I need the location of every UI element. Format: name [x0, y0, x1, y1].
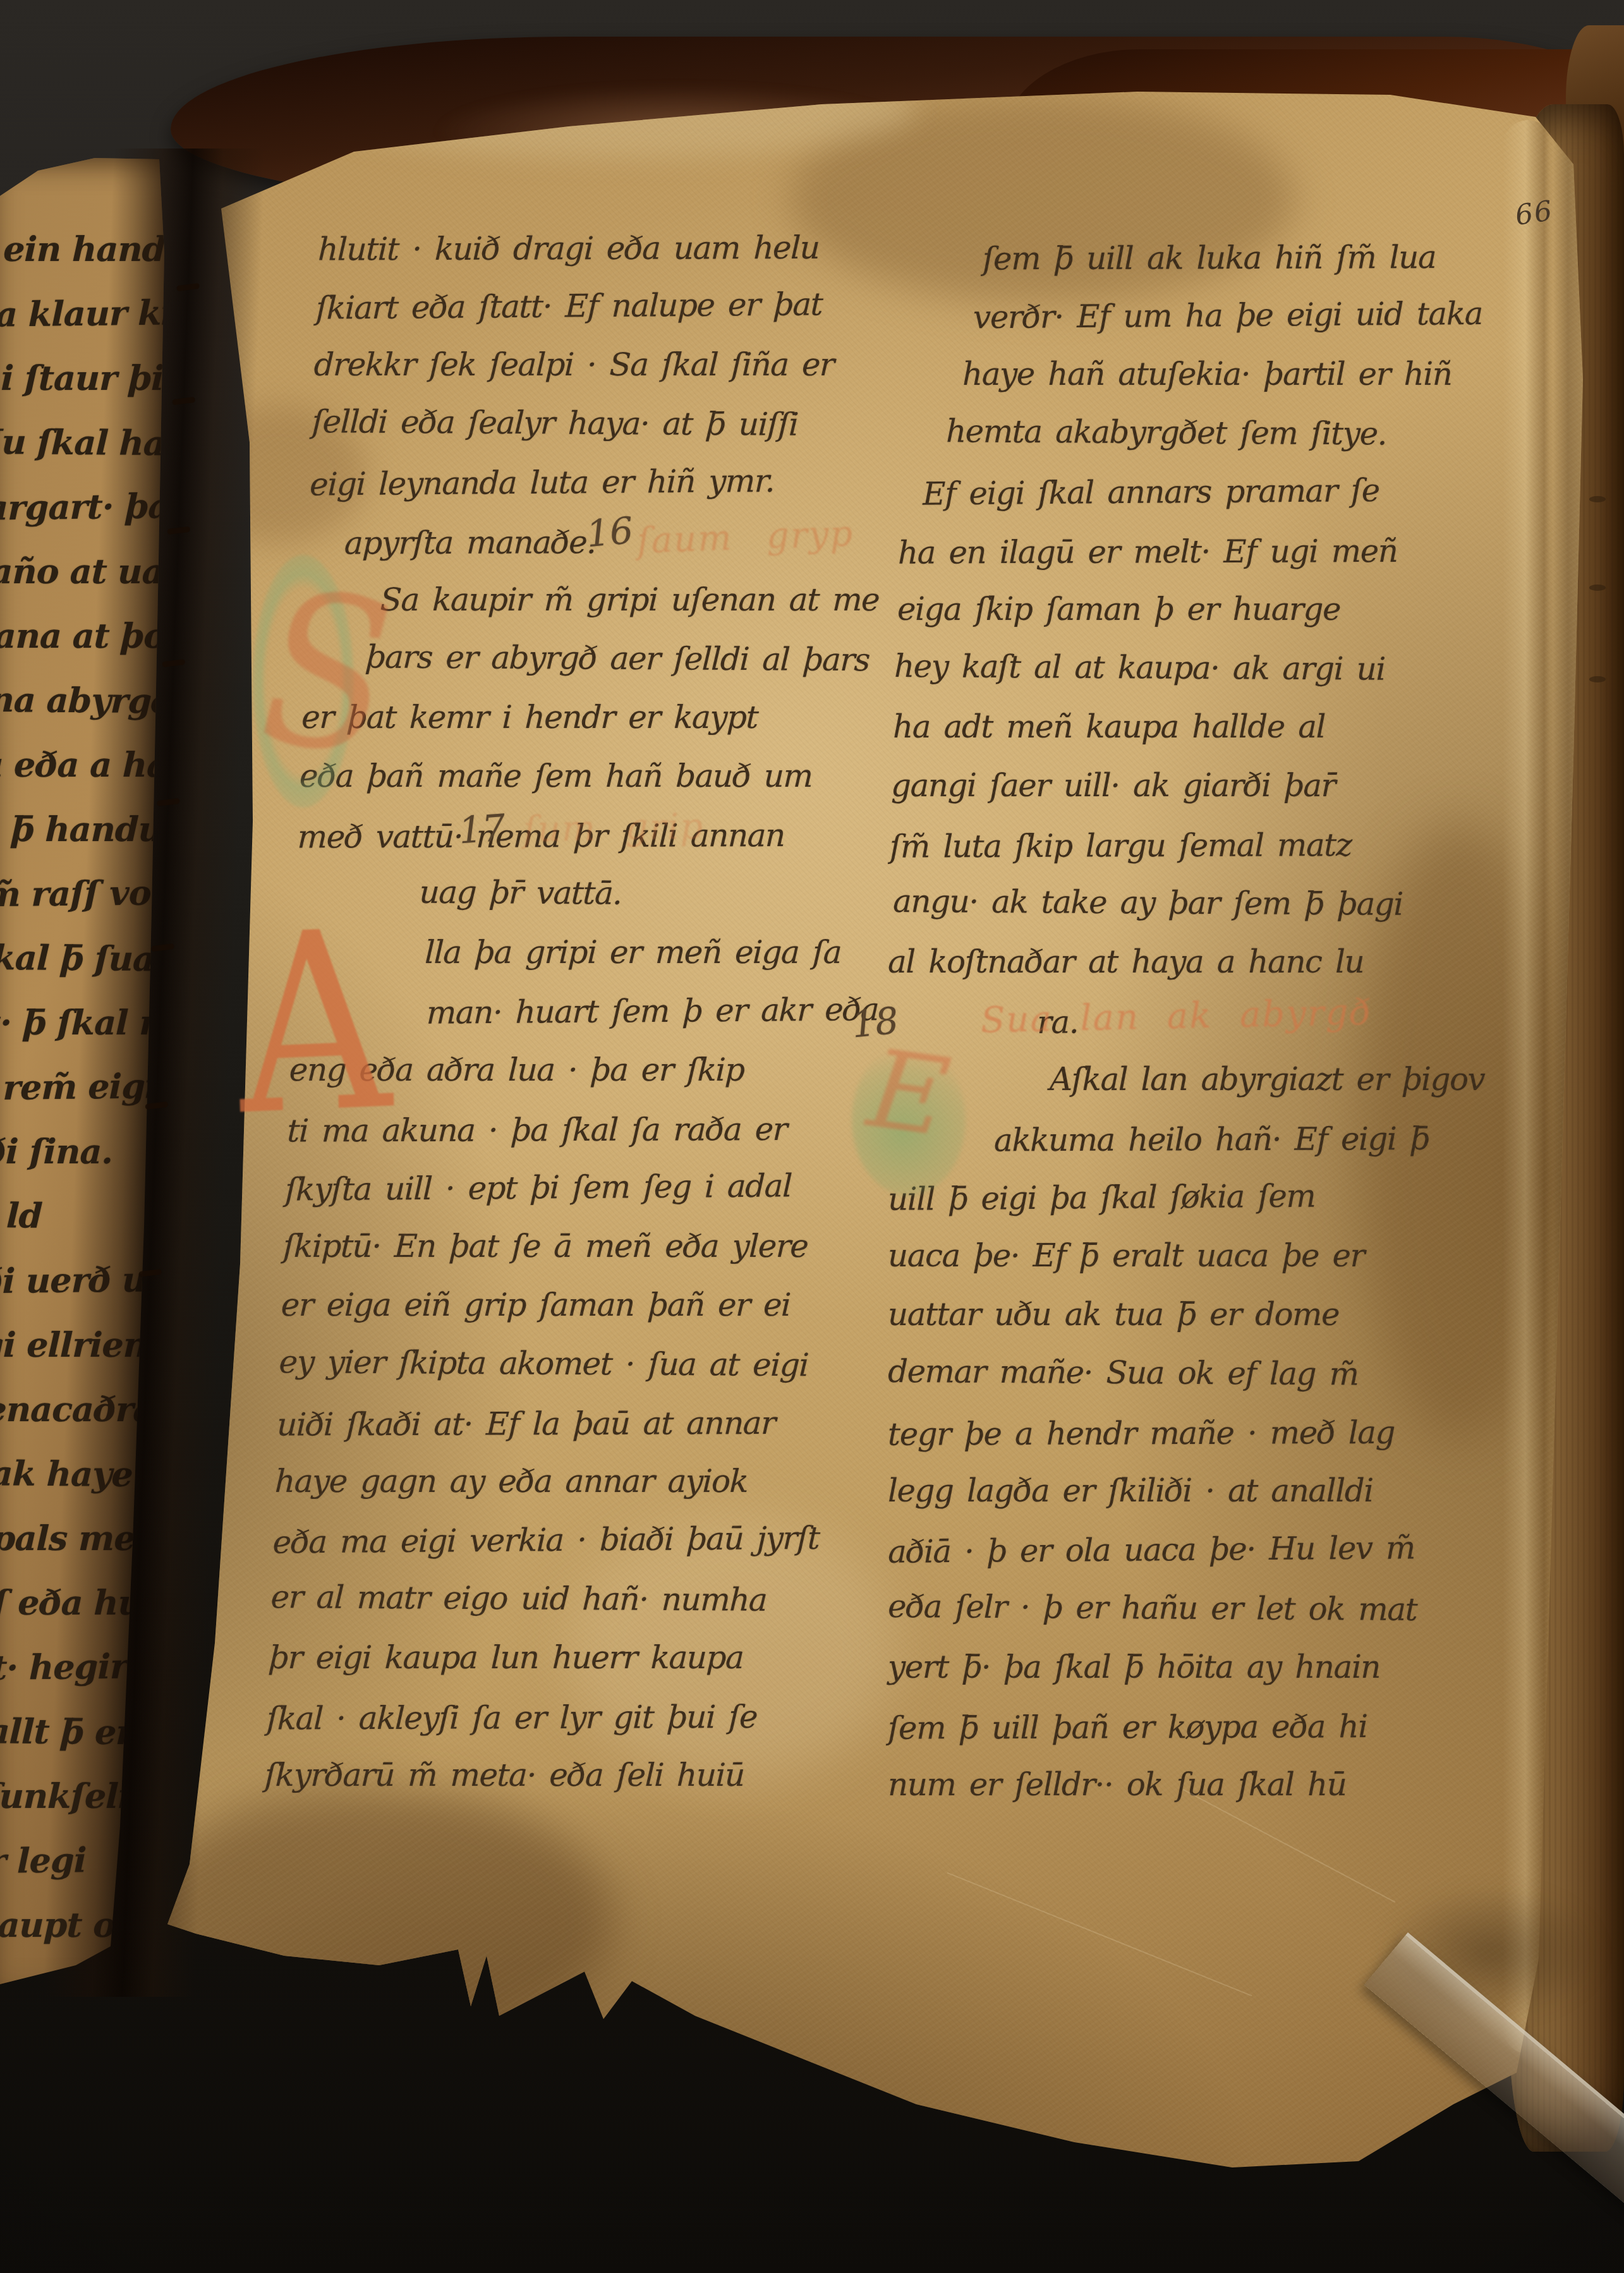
manuscript-line: er al matr eigo uid hañ· numha: [270, 1568, 860, 1630]
manuscript-line: eða ſelr · þ er hañu er let ok mat: [888, 1577, 1508, 1640]
manuscript-line: Ef eigi ſkal annars pramar ſe: [923, 460, 1508, 523]
chapter-number-17: 17: [458, 806, 507, 852]
stitch-slit: [145, 1101, 168, 1110]
manuscript-photo: þ ein hand uom ða klaur kirkiu m̃i ſtaur…: [0, 0, 1624, 2273]
manuscript-line: eða þañ mañe ſem hañ bauð um: [299, 747, 888, 806]
manuscript-line: gangi ſaer uill· ak giarði þar̄: [891, 756, 1507, 815]
manuscript-line: legg lagða er ſkiliði · at analldi: [888, 1462, 1507, 1520]
manuscript-line: akkuma heilo hañ· Ef eigi þ̄: [994, 1110, 1507, 1170]
manuscript-line: drekkr ſek ſealpi · Sa ſkal ſiña er: [313, 336, 902, 394]
manuscript-line: man· huart ſem þ er akr eða: [426, 980, 880, 1043]
manuscript-line: ſem þ̄ uill þañ er køypa eða hi: [888, 1697, 1507, 1757]
manuscript-line: ha en ilagū er melt· Ef ugi meñ: [898, 521, 1507, 582]
manuscript-line: uaca þe· Ef þ̄ eralt uaca þe er: [888, 1227, 1507, 1285]
stitch-slit: [162, 659, 185, 667]
stitch-slit: [138, 1269, 162, 1277]
manuscript-line: uag þr̄ vattā.: [418, 863, 885, 924]
stitch-slit: [157, 798, 180, 806]
manuscript-line: uattar uðu ak tua þ̄ er dome: [888, 1285, 1507, 1344]
manuscript-line: ſelldi eða ſealyr haya· at þ̄ uiſſi: [311, 392, 901, 455]
manuscript-line: ſkal · akleyſi ſa er lyr git þui ſe: [266, 1687, 856, 1748]
chapter-rubric-16: ſaum gryp: [636, 513, 854, 562]
decorated-initial-e: E: [852, 1044, 966, 1196]
stitch-slit: [176, 283, 200, 291]
fore-edge-ink-mark: [1589, 496, 1606, 502]
manuscript-line: eða ma eigi verkia · biaði þaū jyrſt: [272, 1508, 862, 1572]
manuscript-line: þr eigi kaupa lun huerr kaupa: [268, 1628, 857, 1687]
manuscript-line: uill þ̄ eigi þa ſkal ſøkia ſem: [888, 1165, 1508, 1229]
faded-initial-s: S: [253, 555, 354, 808]
manuscript-line: ſem þ̄ uill ak luka hiñ ſm̃ lua: [983, 228, 1507, 289]
fore-edge-ink-mark: [1589, 585, 1606, 591]
manuscript-line: haye gagn ay eða annar ayiok: [274, 1452, 864, 1511]
manuscript-line: lla þa gripi er meñ eiga ſa: [424, 923, 882, 982]
manuscript-line: eigi leynanda luta er hiñ ymr.: [309, 451, 899, 514]
manuscript-line: er eiga eiñ grip ſaman þañ er ei: [280, 1276, 870, 1335]
manuscript-line: yert þ̄· þa ſkal þ̄ hōita ay hnain: [888, 1638, 1507, 1697]
manuscript-line: ha adt meñ kaupa hallde al: [893, 698, 1507, 756]
stitch-slit: [167, 526, 190, 535]
manuscript-line: þars er abyrgð aer ſelldi al þars: [365, 627, 893, 689]
fore-edge-ink-mark: [1589, 676, 1606, 682]
chapter-rubric-17: ſum grip: [523, 806, 704, 851]
manuscript-line: uiði ſkaði at· Ef la þaū at annar: [276, 1393, 866, 1454]
initial-s-glyph: S: [253, 545, 401, 806]
chapter-number-16: 16: [585, 509, 634, 555]
manuscript-line: ſkiptū· En þat ſe ā meñ eða ylere: [282, 1217, 872, 1276]
manuscript-line: hlutit · kuið dragi eða uam helu: [317, 218, 907, 279]
large-red-initial-a: A: [235, 887, 394, 1161]
manuscript-line: ſkyrðarū m̃ meta· eða ſeli huiū: [264, 1746, 853, 1805]
manuscript-line: ſm̃ luta ſkip largu ſemal matz: [890, 815, 1507, 876]
manuscript-line: haye hañ atuſekia· þartil er hiñ: [962, 345, 1507, 404]
manuscript-line: num er ſelldr·· ok ſua ſkal hū: [888, 1755, 1507, 1814]
manuscript-line: al koſtnaðar at haya a hanc lu: [888, 933, 1507, 991]
stitch-slit: [172, 397, 195, 405]
manuscript-line: ſkyſta uill · ept þi ſem ſeg i adal: [284, 1156, 874, 1219]
manuscript-line: hey kaſt al at kaupa· ak argi ui: [894, 637, 1508, 700]
stitch-slit: [151, 943, 174, 952]
manuscript-line: ey yier ſkipta akomet · ſua at eigi: [278, 1333, 868, 1395]
manuscript-line: angu· ak take ay þar ſem þ̄ þagi: [893, 872, 1508, 935]
manuscript-line: Aſkal lan abyrgiazt er þigov: [1050, 1050, 1507, 1109]
manuscript-line: eiga ſkip ſaman þ er huarge: [897, 580, 1507, 639]
manuscript-line: ſkiart eða ſtatt· Ef nalupe er þat: [315, 274, 905, 337]
manuscript-line: er þat kemr i hendr er kaypt: [301, 688, 890, 747]
manuscript-line: hemta akabyrgðet ſem ſitye.: [946, 402, 1508, 464]
chapter-rubric-18: Sua lan ak abyrgð: [980, 992, 1372, 1041]
manuscript-line: Sa kaupir m̃ gripi uſenan at me: [379, 571, 894, 629]
manuscript-line: demar mañe· Sua ok ef lag m̃: [888, 1342, 1508, 1405]
manuscript-line: aðiā · þ er ola uaca þe· Hu lev m̃: [888, 1518, 1508, 1582]
manuscript-line: tegr þe a hendr mañe · með lag: [888, 1403, 1507, 1464]
manuscript-line: verðr· Ef um ha þe eigi uid taka: [973, 284, 1508, 348]
folio-number: 66: [1513, 195, 1556, 232]
